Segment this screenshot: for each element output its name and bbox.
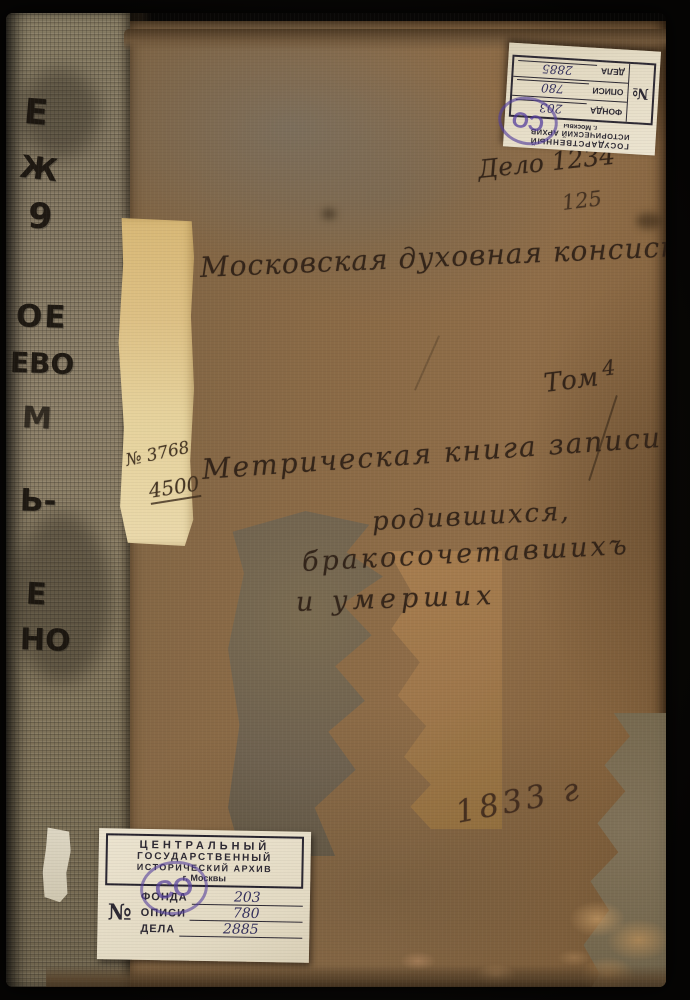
row-value: 203	[192, 890, 304, 907]
spine-stencil-letter: 9	[27, 196, 54, 238]
row-label: ОПИСИ	[592, 86, 624, 98]
number-sign: №	[104, 888, 135, 936]
stain	[636, 213, 662, 229]
book: № 3768 4500 Е Ж 9 ОЕ ЕВО М Ь- Е НО Дело …	[6, 13, 666, 987]
row-value: 780	[190, 906, 303, 923]
spine-stencil-letter: ЕВО	[9, 346, 74, 381]
row-value: 780	[516, 79, 589, 96]
spine-stencil-letter: М	[21, 400, 53, 437]
row-label: ДЕЛА	[140, 922, 175, 935]
handwritten-case-number-2: 125	[561, 186, 604, 215]
spine-stencil-letter: НО	[19, 622, 71, 659]
number-sign: №	[626, 64, 654, 123]
archive-label-row: ДЕЛА 2885	[140, 921, 302, 939]
row-label: ФОНДА	[590, 105, 623, 117]
spine-stencil-letter: Е	[22, 92, 49, 134]
spine-stencil-letter: Ь-	[19, 482, 57, 519]
book-cover-photo: № 3768 4500 Е Ж 9 ОЕ ЕВО М Ь- Е НО Дело …	[0, 0, 690, 1000]
row-label: ДЕЛА	[601, 66, 625, 77]
volume-number: 4	[601, 355, 617, 380]
spine-stencil-letter: Е	[25, 576, 47, 612]
row-value: 2885	[179, 922, 302, 939]
stain	[322, 209, 336, 219]
cover-bottom-edge	[46, 965, 666, 987]
spine-stencil-letter: Ж	[18, 149, 60, 189]
spine-stencil-letter: ОЕ	[15, 298, 68, 336]
row-value: 2885	[517, 60, 597, 78]
